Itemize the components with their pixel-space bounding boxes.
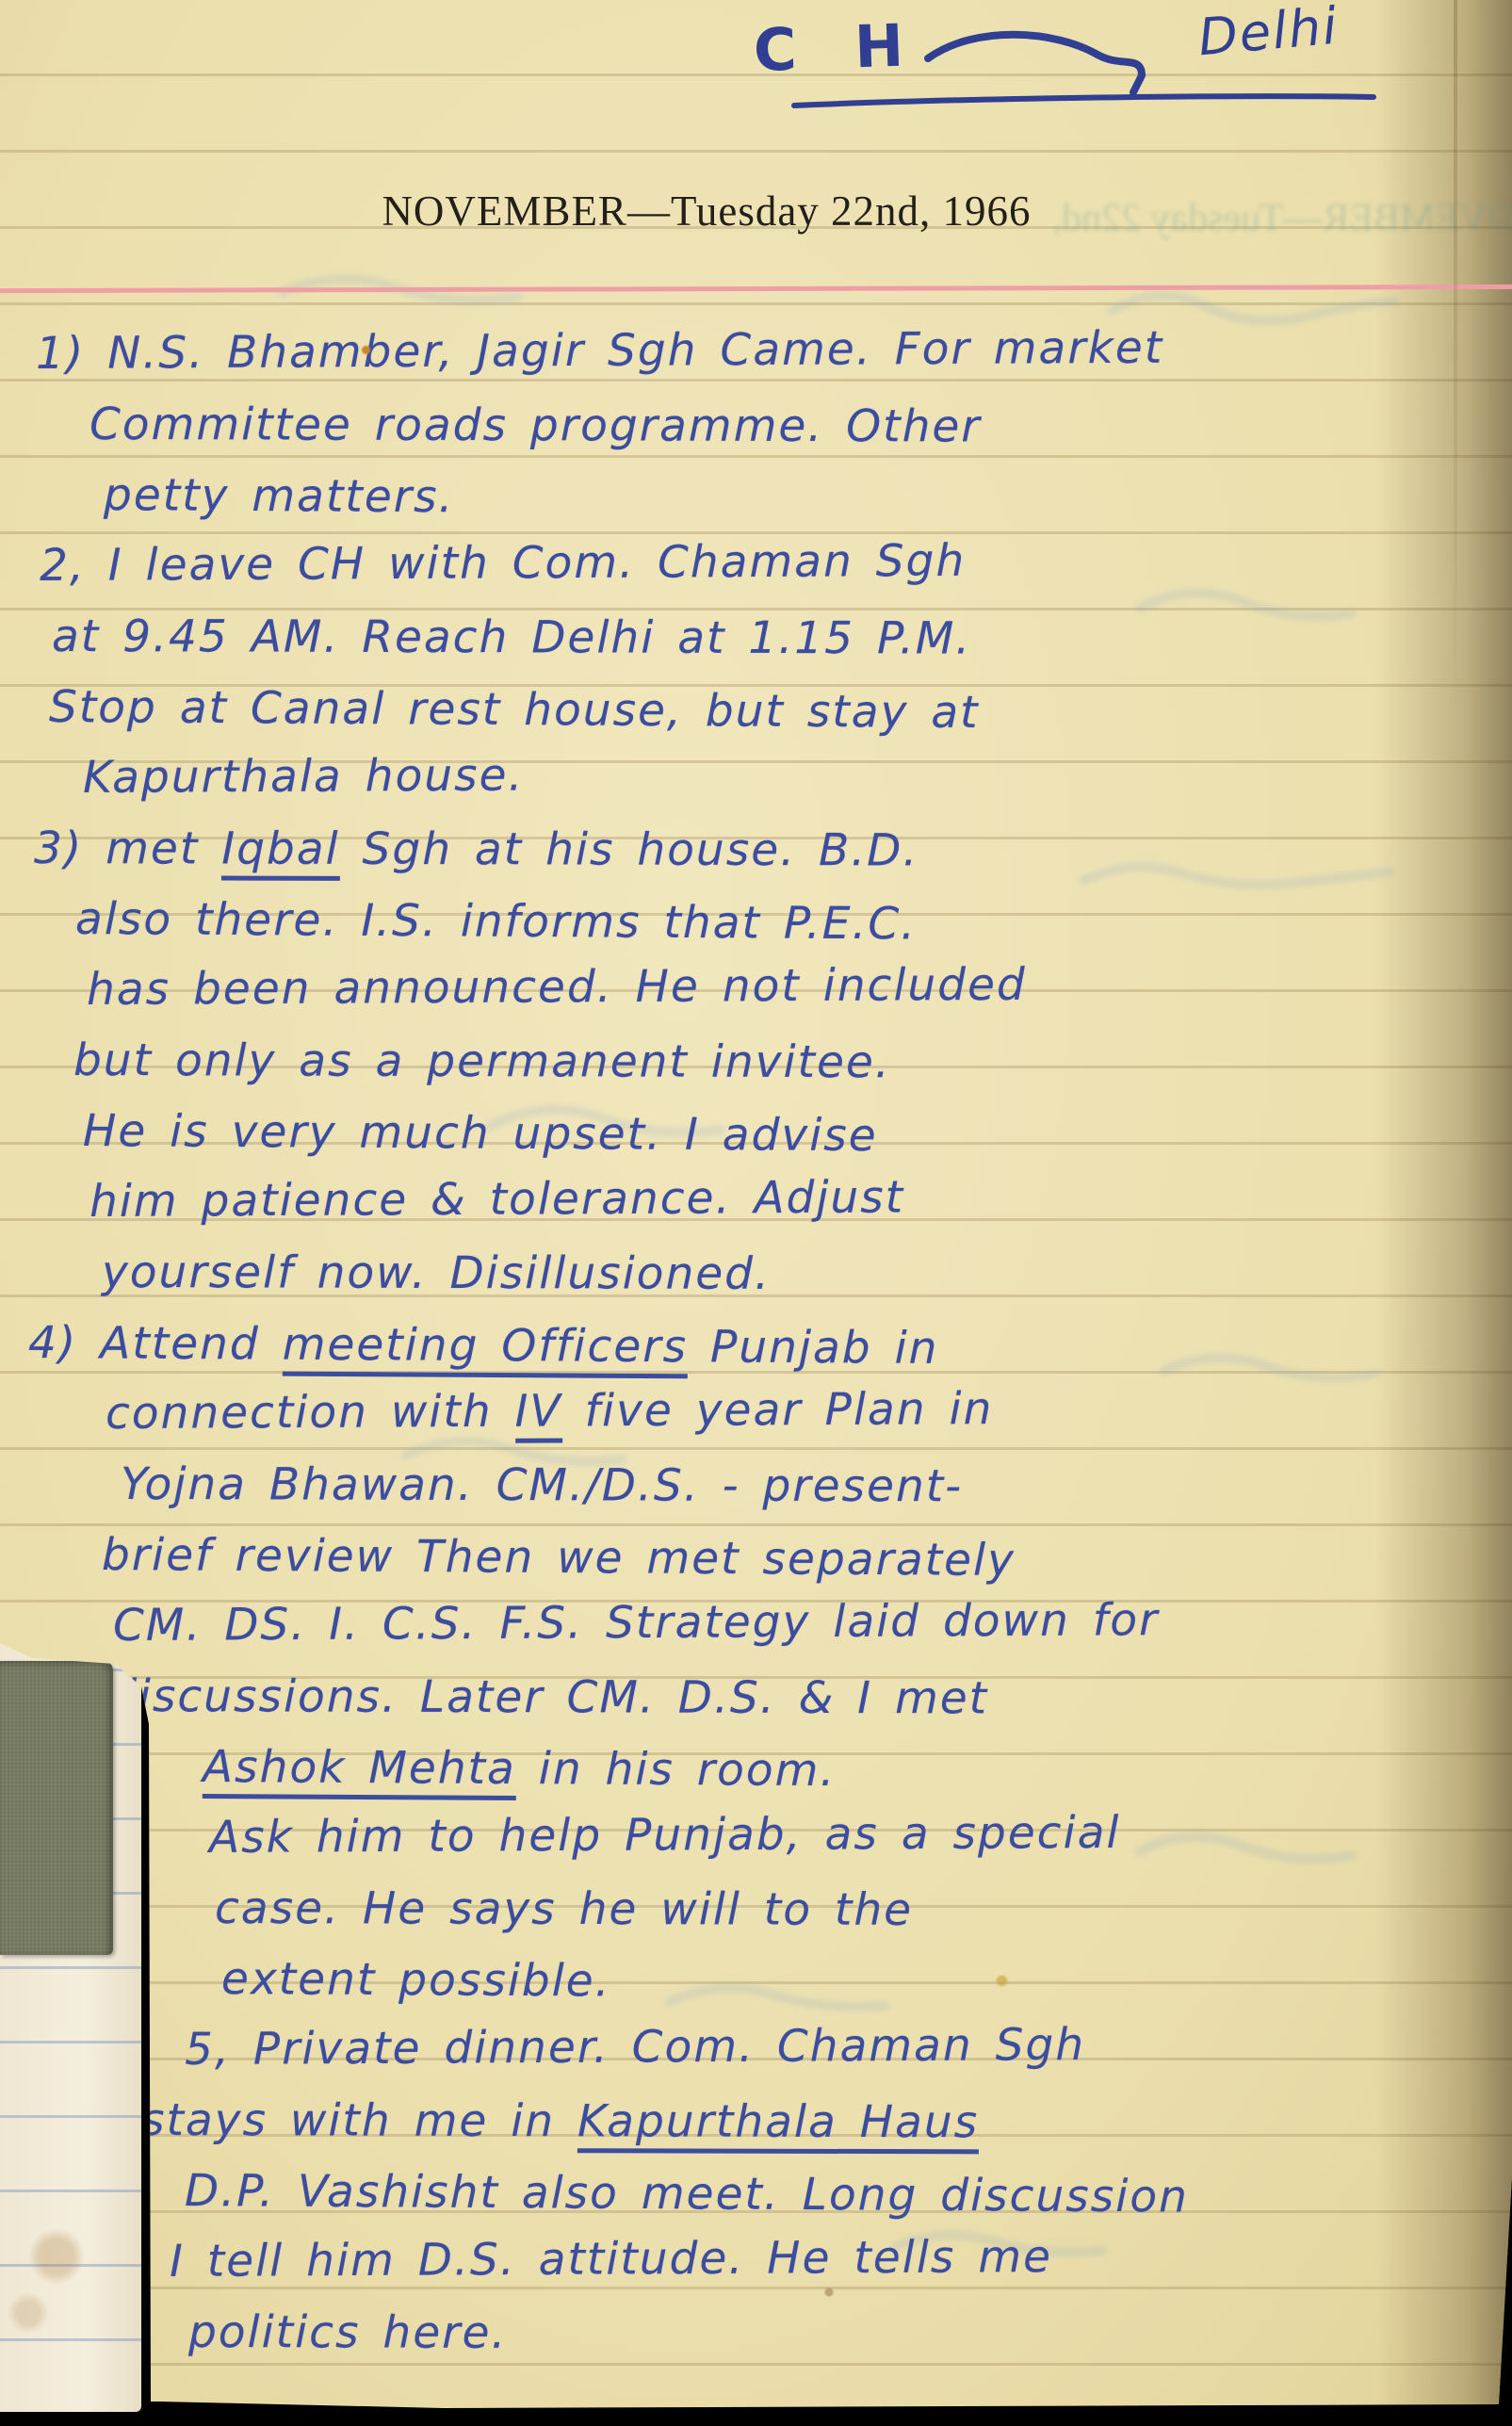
paper-stain	[361, 345, 371, 355]
handwritten-line: politics here.	[188, 2297, 1512, 2371]
handwritten-line: CM. DS. I. C.S. F.S. Strategy laid down …	[113, 1583, 1512, 1661]
phrase: extent possible.	[221, 1953, 611, 2008]
phrase: CM. DS. I. C.S. F.S. Strategy laid down …	[113, 1594, 1160, 1652]
handwritten-line: I tell him D.S. attitude. He tells me	[170, 2220, 1512, 2297]
phrase: Sgh at his house. B.D.	[340, 823, 919, 877]
underlined-phrase: Ashok Mehta	[203, 1741, 516, 1800]
phrase: at 9.45 AM. Reach Delhi at 1.15 P.M.	[52, 611, 971, 665]
handwritten-line: Ask him to help Punjab, as a special	[209, 1796, 1512, 1873]
underlined-phrase: meeting Officers	[282, 1319, 688, 1379]
phrase: I tell him D.S. attitude. He tells me	[170, 2231, 1052, 2288]
phrase: in his room.	[516, 1743, 837, 1797]
phrase: Ask him to help Punjab, as a special	[209, 1807, 1121, 1864]
phrase: Stop at Canal rest house, but stay at	[49, 681, 980, 739]
phrase: Committee roads programme. Other	[89, 399, 982, 452]
phrase: but only as a permanent invitee.	[73, 1034, 891, 1088]
underlined-phrase: Iqbal	[221, 823, 340, 881]
handwritten-line: stays with me in Kapurthala Haus	[141, 2085, 1512, 2159]
handwritten-line: connection with IV five year Plan in	[106, 1371, 1512, 1449]
phrase: yourself now. Disillusioned.	[102, 1246, 771, 1300]
diary-page: NOVEMBER—Tuesday 22nd, 1966 C H Delhi NO…	[0, 0, 1512, 2426]
handwritten-line: Committee roads programme. Other	[89, 389, 1512, 464]
handwritten-line: Yojna Bhawan. CM./D.S. - present-	[121, 1449, 1512, 1523]
phrase: 3) met	[34, 822, 221, 875]
phrase: him patience & tolerance. Adjust	[89, 1171, 904, 1228]
phrase: petty matters.	[104, 469, 455, 523]
underlined-phrase: IV	[514, 1385, 561, 1442]
phrase: case. He says he will to the	[215, 1882, 913, 1936]
handwriting-block: 1) N.S. Bhamber, Jagir Sgh Came. For mar…	[0, 318, 1512, 2368]
handwritten-line: has been announced. He not included	[87, 947, 1512, 1025]
phrase: D.P. Vashisht also meet. Long discussion	[185, 2165, 1189, 2223]
phrase: brief review Then we met separately	[102, 1529, 1016, 1587]
phrase: five year Plan in	[561, 1383, 993, 1437]
handwritten-line: yourself now. Disillusioned.	[102, 1237, 1512, 1311]
underline-stroke	[794, 96, 1374, 106]
phrase: 2, I leave CH with Com. Chaman Sgh	[40, 535, 966, 592]
handwritten-line: 2, I leave CH with Com. Chaman Sgh	[40, 523, 1512, 601]
handwritten-line: at 9.45 AM. Reach Delhi at 1.15 P.M.	[52, 601, 1512, 676]
paper-stain	[823, 2288, 835, 2297]
underlined-phrase: Kapurthala Haus	[577, 2095, 979, 2154]
phrase: stays with me in	[141, 2094, 577, 2147]
phrase: 4) Attend	[28, 1317, 283, 1371]
phrase: Kapurthala house.	[83, 750, 525, 804]
handwritten-line: but only as a permanent invitee.	[73, 1025, 1512, 1099]
phrase: 1) N.S. Bhamber, Jagir Sgh Came. For mar…	[36, 322, 1163, 380]
phrase: 5, Private dinner. Com. Chaman Sgh	[185, 2019, 1085, 2076]
handwritten-line: 3) met Iqbal Sgh at his house. B.D.	[34, 813, 1512, 887]
paper-stain	[995, 1975, 1009, 1987]
phrase: also there. I.S. informs that P.E.C.	[75, 893, 917, 950]
phrase: discussions. Later CM. D.S. & I met	[108, 1670, 988, 1724]
page-crease	[1454, 0, 1457, 716]
handwritten-line: Kapurthala house.	[83, 735, 1512, 813]
phrase: connection with	[106, 1386, 515, 1440]
handwritten-line: 1) N.S. Bhamber, Jagir Sgh Came. For mar…	[36, 311, 1512, 389]
handwritten-line: him patience & tolerance. Adjust	[89, 1159, 1512, 1237]
diary-scan: NOVEMBER—Tuesday 22nd, 1966 C H Delhi NO…	[0, 0, 1512, 2426]
swoosh-stroke	[928, 35, 1142, 92]
book-cover-cloth	[0, 1661, 113, 1955]
phrase: has been announced. He not included	[87, 959, 1027, 1016]
phrase: Yojna Bhawan. CM./D.S. - present-	[121, 1458, 963, 1512]
printed-date-header: NOVEMBER—Tuesday 22nd, 1966	[0, 187, 1413, 236]
phrase: politics here.	[188, 2306, 507, 2359]
handwritten-line: 5, Private dinner. Com. Chaman Sgh	[185, 2008, 1512, 2085]
phrase: He is very much upset. I advise	[83, 1105, 878, 1162]
phrase: Punjab in	[688, 1321, 939, 1375]
handwritten-line: case. He says he will to the	[215, 1873, 1512, 1947]
handwritten-line: discussions. Later CM. D.S. & I met	[108, 1661, 1512, 1735]
